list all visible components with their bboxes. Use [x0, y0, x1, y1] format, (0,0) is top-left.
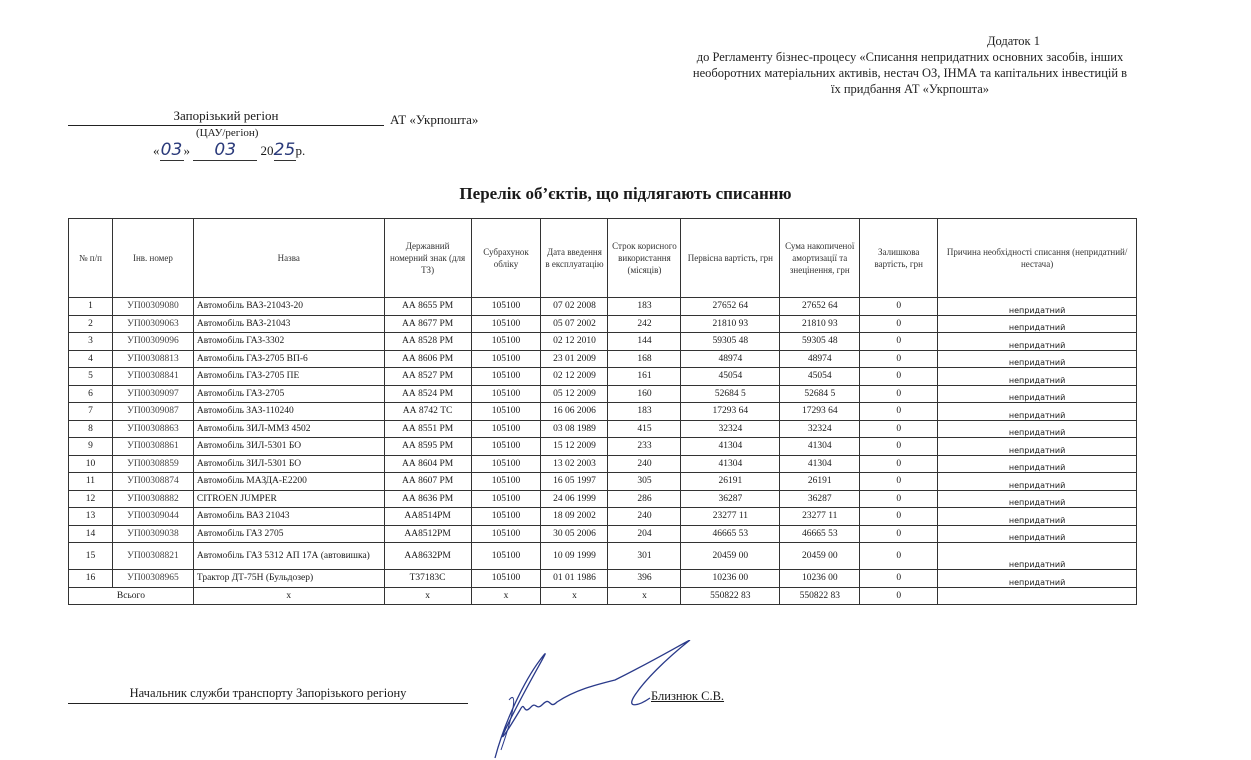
total-date: х — [541, 587, 608, 605]
table-cell: 168 — [608, 350, 681, 368]
table-cell: 05 12 2009 — [541, 385, 608, 403]
table-cell: 0 — [860, 298, 938, 316]
table-cell: АА 8528 РМ — [384, 333, 471, 351]
appendix-number: Додаток 1 — [690, 33, 1130, 49]
table-cell: 0 — [860, 525, 938, 543]
column-header: Дата введення в експлуатацію — [541, 219, 608, 298]
table-row: 16УП00308965Трактор ДТ-75Н (Бульдозер)Т3… — [69, 570, 1137, 588]
company-name: АТ «Укрпошта» — [390, 112, 478, 128]
table-cell: 52684 5 — [681, 385, 780, 403]
table-cell: УП00309097 — [112, 385, 193, 403]
table-cell: 16 06 2006 — [541, 403, 608, 421]
column-header: Первісна вартість, грн — [681, 219, 780, 298]
table-cell: 02 12 2009 — [541, 368, 608, 386]
table-cell: 41304 — [681, 438, 780, 456]
table-cell: 59305 48 — [681, 333, 780, 351]
table-cell: АА 8636 РМ — [384, 490, 471, 508]
table-cell: 21810 93 — [780, 315, 860, 333]
table-cell: 46665 53 — [780, 525, 860, 543]
table-cell: 41304 — [780, 438, 860, 456]
column-header: Строк корисного використання (місяців) — [608, 219, 681, 298]
table-cell: УП00308813 — [112, 350, 193, 368]
table-cell: 52684 5 — [780, 385, 860, 403]
table-cell: 240 — [608, 455, 681, 473]
table-cell: непридатний — [938, 315, 1137, 333]
table-cell: 0 — [860, 473, 938, 491]
table-cell: 2 — [69, 315, 113, 333]
table-cell: 11 — [69, 473, 113, 491]
table-cell: УП00309038 — [112, 525, 193, 543]
table-cell: 03 08 1989 — [541, 420, 608, 438]
table-cell: Автомобіль МАЗДА-Е2200 — [193, 473, 384, 491]
table-cell: непридатний — [938, 473, 1137, 491]
table-cell: 20459 00 — [681, 543, 780, 570]
table-cell: 161 — [608, 368, 681, 386]
table-cell: 02 12 2010 — [541, 333, 608, 351]
total-initial-cost: 550822 83 — [681, 587, 780, 605]
table-cell: 183 — [608, 298, 681, 316]
region-hint: (ЦАУ/регіон) — [196, 127, 258, 139]
table-cell: CITROEN JUMPER — [193, 490, 384, 508]
table-cell: АА8512РМ — [384, 525, 471, 543]
table-cell: Т37183С — [384, 570, 471, 588]
table-cell: 13 02 2003 — [541, 455, 608, 473]
table-row: 7УП00309087Автомобіль ЗАЗ-110240АА 8742 … — [69, 403, 1137, 421]
table-body: 1УП00309080Автомобіль ВАЗ-21043-20АА 865… — [69, 298, 1137, 605]
table-cell: УП00308874 — [112, 473, 193, 491]
date-year-suffix: 25 — [274, 140, 296, 161]
table-cell: 0 — [860, 315, 938, 333]
table-row: 5УП00308841Автомобіль ГАЗ-2705 ПЕАА 8527… — [69, 368, 1137, 386]
table-cell: 15 12 2009 — [541, 438, 608, 456]
table-cell: УП00308821 — [112, 543, 193, 570]
table-cell: непридатний — [938, 455, 1137, 473]
table-cell: 16 05 1997 — [541, 473, 608, 491]
table-cell: 48974 — [780, 350, 860, 368]
table-cell: 17293 64 — [780, 403, 860, 421]
table-cell: Автомобіль ГАЗ 5312 АП 17А (автовишка) — [193, 543, 384, 570]
table-cell: 305 — [608, 473, 681, 491]
write-off-table: № п/пІнв. номерНазваДержавний номерний з… — [68, 218, 1137, 605]
column-header: Сума накопиченої амортизації та знецінен… — [780, 219, 860, 298]
table-cell: 0 — [860, 490, 938, 508]
table-cell: АА 8607 РМ — [384, 473, 471, 491]
table-cell: 1 — [69, 298, 113, 316]
table-cell: Автомобіль ГАЗ 2705 — [193, 525, 384, 543]
table-cell: непридатний — [938, 333, 1137, 351]
table-cell: УП00308861 — [112, 438, 193, 456]
table-cell: 240 — [608, 508, 681, 526]
table-cell: 5 — [69, 368, 113, 386]
table-cell: непридатний — [938, 525, 1137, 543]
date-year-prefix: 20 — [261, 143, 274, 158]
table-cell: 32324 — [681, 420, 780, 438]
table-cell: непридатний — [938, 420, 1137, 438]
table-cell: 0 — [860, 420, 938, 438]
table-cell: 105100 — [471, 385, 541, 403]
region-name: Запорізький регіон — [68, 108, 384, 126]
table-cell: 10 — [69, 455, 113, 473]
table-cell: УП00309087 — [112, 403, 193, 421]
table-cell: УП00308859 — [112, 455, 193, 473]
column-header: Причина необхідності списання (непридатн… — [938, 219, 1137, 298]
table-cell: 36287 — [780, 490, 860, 508]
table-cell: 17293 64 — [681, 403, 780, 421]
table-cell: 105100 — [471, 570, 541, 588]
table-cell: УП00309063 — [112, 315, 193, 333]
table-cell: непридатний — [938, 490, 1137, 508]
table-row: 13УП00309044Автомобіль ВАЗ 21043АА8514РМ… — [69, 508, 1137, 526]
total-label: Всього — [69, 587, 194, 605]
table-cell: 105100 — [471, 333, 541, 351]
table-cell: АА 8604 РМ — [384, 455, 471, 473]
table-cell: 242 — [608, 315, 681, 333]
table-cell: Автомобіль ЗИЛ-5301 БО — [193, 455, 384, 473]
table-cell: 27652 64 — [681, 298, 780, 316]
table-cell: АА8514РМ — [384, 508, 471, 526]
table-cell: непридатний — [938, 385, 1137, 403]
table-cell: АА 8524 РМ — [384, 385, 471, 403]
table-cell: Автомобіль ВАЗ-21043-20 — [193, 298, 384, 316]
table-cell: 301 — [608, 543, 681, 570]
table-cell: Автомобіль ЗИЛ-ММЗ 4502 — [193, 420, 384, 438]
column-header: № п/п — [69, 219, 113, 298]
table-row: 15УП00308821Автомобіль ГАЗ 5312 АП 17А (… — [69, 543, 1137, 570]
table-cell: 105100 — [471, 420, 541, 438]
table-cell: Автомобіль ГАЗ-2705 — [193, 385, 384, 403]
table-cell: непридатний — [938, 508, 1137, 526]
table-cell: 105100 — [471, 368, 541, 386]
table-cell: 0 — [860, 570, 938, 588]
table-row: 12УП00308882CITROEN JUMPERАА 8636 РМ1051… — [69, 490, 1137, 508]
table-cell: 4 — [69, 350, 113, 368]
table-cell: 23277 11 — [681, 508, 780, 526]
table-cell: УП00309044 — [112, 508, 193, 526]
table-cell: 45054 — [780, 368, 860, 386]
table-cell: 01 01 1986 — [541, 570, 608, 588]
table-cell: АА 8606 РМ — [384, 350, 471, 368]
table-cell: 105100 — [471, 315, 541, 333]
document-date: «03» 03 2025р. — [153, 140, 305, 161]
table-cell: 36287 — [681, 490, 780, 508]
table-cell: 59305 48 — [780, 333, 860, 351]
table-cell: 9 — [69, 438, 113, 456]
table-cell: Автомобіль ГАЗ-2705 ВП-6 — [193, 350, 384, 368]
table-cell: 8 — [69, 420, 113, 438]
table-cell: 26191 — [681, 473, 780, 491]
table-cell: 0 — [860, 438, 938, 456]
column-header: Назва — [193, 219, 384, 298]
table-cell: АА 8677 РМ — [384, 315, 471, 333]
total-subaccount: х — [471, 587, 541, 605]
table-cell: 0 — [860, 350, 938, 368]
signer-position: Начальник служби транспорту Запорізького… — [68, 686, 468, 704]
table-row: 10УП00308859Автомобіль ЗИЛ-5301 БОАА 860… — [69, 455, 1137, 473]
column-header: Субрахунок обліку — [471, 219, 541, 298]
table-cell: УП00308882 — [112, 490, 193, 508]
table-cell: 396 — [608, 570, 681, 588]
table-cell: непридатний — [938, 350, 1137, 368]
total-name: х — [193, 587, 384, 605]
table-cell: 0 — [860, 455, 938, 473]
table-row: 8УП00308863Автомобіль ЗИЛ-ММЗ 4502АА 855… — [69, 420, 1137, 438]
table-cell: 41304 — [780, 455, 860, 473]
table-cell: 46665 53 — [681, 525, 780, 543]
table-cell: УП00308965 — [112, 570, 193, 588]
date-unit: р. — [296, 143, 306, 158]
table-cell: 0 — [860, 543, 938, 570]
page-title: Перелік об’єктів, що підлягають списанню — [0, 184, 1251, 204]
table-cell: 105100 — [471, 438, 541, 456]
table-cell: 15 — [69, 543, 113, 570]
table-cell: 6 — [69, 385, 113, 403]
table-cell: АА 8742 ТС — [384, 403, 471, 421]
table-cell: Автомобіль ГАЗ-2705 ПЕ — [193, 368, 384, 386]
table-cell: 18 09 2002 — [541, 508, 608, 526]
table-row: 1УП00309080Автомобіль ВАЗ-21043-20АА 865… — [69, 298, 1137, 316]
table-row: 11УП00308874Автомобіль МАЗДА-Е2200АА 860… — [69, 473, 1137, 491]
total-plate: х — [384, 587, 471, 605]
table-cell: АА 8595 РМ — [384, 438, 471, 456]
table-cell: 105100 — [471, 403, 541, 421]
total-depreciation: 550822 83 — [780, 587, 860, 605]
table-cell: 0 — [860, 385, 938, 403]
table-cell: Автомобіль ВАЗ 21043 — [193, 508, 384, 526]
appendix-note: Додаток 1 до Регламенту бізнес-процесу «… — [690, 33, 1130, 97]
table-cell: 13 — [69, 508, 113, 526]
column-header: Інв. номер — [112, 219, 193, 298]
table-cell: 105100 — [471, 350, 541, 368]
table-cell: 26191 — [780, 473, 860, 491]
table-cell: 415 — [608, 420, 681, 438]
table-cell: 0 — [860, 403, 938, 421]
table-cell: Автомобіль ЗАЗ-110240 — [193, 403, 384, 421]
table-cell: 05 07 2002 — [541, 315, 608, 333]
table-cell: УП00309096 — [112, 333, 193, 351]
table-cell: 24 06 1999 — [541, 490, 608, 508]
table-cell: Автомобіль ЗИЛ-5301 БО — [193, 438, 384, 456]
table-cell: 204 — [608, 525, 681, 543]
date-month: 03 — [193, 140, 257, 161]
table-cell: 32324 — [780, 420, 860, 438]
table-cell: 105100 — [471, 525, 541, 543]
total-term: х — [608, 587, 681, 605]
table-cell: УП00308841 — [112, 368, 193, 386]
table-cell: непридатний — [938, 438, 1137, 456]
total-reason — [938, 587, 1137, 605]
table-cell: 105100 — [471, 543, 541, 570]
table-cell: 0 — [860, 508, 938, 526]
table-cell: непридатний — [938, 368, 1137, 386]
table-cell: 07 02 2008 — [541, 298, 608, 316]
table-cell: АА 8551 РМ — [384, 420, 471, 438]
table-cell: Трактор ДТ-75Н (Бульдозер) — [193, 570, 384, 588]
date-quote-close: » — [184, 143, 191, 158]
table-cell: 21810 93 — [681, 315, 780, 333]
table-cell: 3 — [69, 333, 113, 351]
appendix-text: до Регламенту бізнес-процесу «Списання н… — [693, 50, 1127, 96]
total-residual: 0 — [860, 587, 938, 605]
table-cell: непридатний — [938, 570, 1137, 588]
table-cell: 23277 11 — [780, 508, 860, 526]
table-cell: непридатний — [938, 298, 1137, 316]
table-cell: 0 — [860, 333, 938, 351]
table-cell: 27652 64 — [780, 298, 860, 316]
table-cell: 10236 00 — [681, 570, 780, 588]
table-cell: 105100 — [471, 473, 541, 491]
signer-name: Близнюк С.В. — [651, 689, 724, 704]
column-header: Залишкова вартість, грн — [860, 219, 938, 298]
table-cell: 12 — [69, 490, 113, 508]
table-row: 2УП00309063Автомобіль ВАЗ-21043АА 8677 Р… — [69, 315, 1137, 333]
total-row: Всьогоххххх550822 83550822 830 — [69, 587, 1137, 605]
table-header-row: № п/пІнв. номерНазваДержавний номерний з… — [69, 219, 1137, 298]
table-cell: 45054 — [681, 368, 780, 386]
table-cell: 14 — [69, 525, 113, 543]
table-cell: 233 — [608, 438, 681, 456]
table-cell: Автомобіль ГАЗ-3302 — [193, 333, 384, 351]
table-cell: 41304 — [681, 455, 780, 473]
table-cell: 0 — [860, 368, 938, 386]
table-cell: 10236 00 — [780, 570, 860, 588]
table-cell: УП00309080 — [112, 298, 193, 316]
table-cell: Автомобіль ВАЗ-21043 — [193, 315, 384, 333]
table-cell: УП00308863 — [112, 420, 193, 438]
table-cell: 286 — [608, 490, 681, 508]
table-cell: 105100 — [471, 490, 541, 508]
table-cell: 160 — [608, 385, 681, 403]
table-cell: 183 — [608, 403, 681, 421]
table-cell: непридатний — [938, 403, 1137, 421]
table-cell: 20459 00 — [780, 543, 860, 570]
table-cell: 7 — [69, 403, 113, 421]
table-cell: 16 — [69, 570, 113, 588]
table-cell: АА 8655 РМ — [384, 298, 471, 316]
table-cell: 105100 — [471, 298, 541, 316]
table-cell: 144 — [608, 333, 681, 351]
table-row: 4УП00308813Автомобіль ГАЗ-2705 ВП-6АА 86… — [69, 350, 1137, 368]
table-cell: непридатний — [938, 543, 1137, 570]
table-row: 14УП00309038Автомобіль ГАЗ 2705АА8512РМ1… — [69, 525, 1137, 543]
table-cell: 105100 — [471, 508, 541, 526]
table-cell: 48974 — [681, 350, 780, 368]
table-cell: 30 05 2006 — [541, 525, 608, 543]
table-cell: 23 01 2009 — [541, 350, 608, 368]
column-header: Державний номерний знак (для ТЗ) — [384, 219, 471, 298]
table-row: 6УП00309097Автомобіль ГАЗ-2705АА 8524 РМ… — [69, 385, 1137, 403]
table-cell: АА 8527 РМ — [384, 368, 471, 386]
table-row: 3УП00309096Автомобіль ГАЗ-3302АА 8528 РМ… — [69, 333, 1137, 351]
table-cell: 10 09 1999 — [541, 543, 608, 570]
table-row: 9УП00308861Автомобіль ЗИЛ-5301 БОАА 8595… — [69, 438, 1137, 456]
table-cell: 105100 — [471, 455, 541, 473]
date-day: 03 — [160, 140, 184, 161]
table-cell: АА8632РМ — [384, 543, 471, 570]
